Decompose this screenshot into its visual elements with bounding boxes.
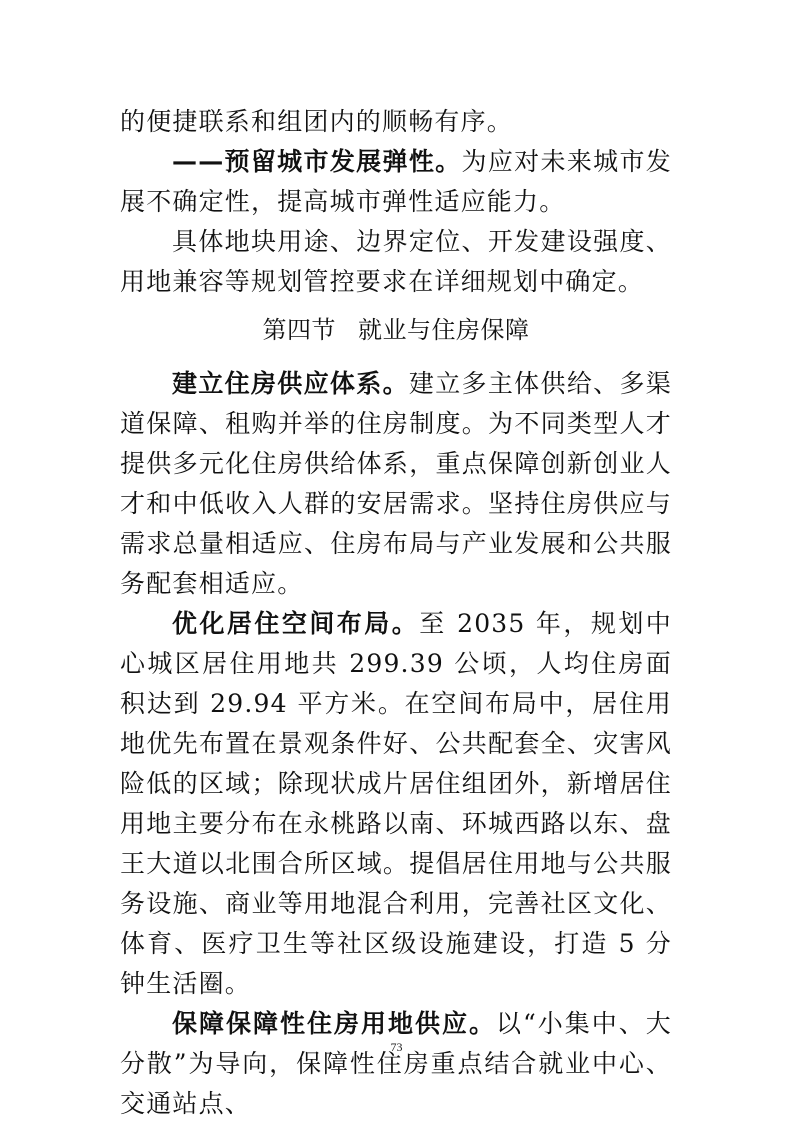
paragraph-body-housing-supply: 建立多主体供给、多渠道保障、租购并举的住房制度。为不同类型人才提供多元化住房供给… [120, 369, 672, 598]
section-number: 第四节 [263, 316, 337, 344]
paragraph-intro-continuation: 的便捷联系和组团内的顺畅有序。 [120, 102, 672, 142]
paragraph-detail-planning: 具体地块用途、边界定位、开发建设强度、用地兼容等规划管控要求在详细规划中确定。 [120, 222, 672, 302]
document-page: 的便捷联系和组团内的顺畅有序。 ——预留城市发展弹性。为应对未来城市发展不确定性… [120, 102, 672, 1122]
page-number: 73 [0, 1040, 793, 1055]
section-heading: 第四节就业与住房保障 [120, 310, 672, 350]
paragraph-resilience: ——预留城市发展弹性。为应对未来城市发展不确定性，提高城市弹性适应能力。 [120, 142, 672, 222]
paragraph-lead-residential-layout: 优化居住空间布局。 [172, 609, 419, 638]
paragraph-residential-layout: 优化居住空间布局。至 2035 年，规划中心城区居住用地共 299.39 公顷，… [120, 604, 672, 1004]
paragraph-lead-housing-supply: 建立住房供应体系。 [172, 369, 409, 398]
paragraph-lead-resilience: ——预留城市发展弹性。 [172, 147, 462, 176]
paragraph-affordable-housing: 保障保障性住房用地供应。以“小集中、大分散”为导向，保障性住房重点结合就业中心、… [120, 1004, 672, 1122]
paragraph-lead-affordable-housing: 保障保障性住房用地供应。 [172, 1009, 496, 1038]
paragraph-housing-supply: 建立住房供应体系。建立多主体供给、多渠道保障、租购并举的住房制度。为不同类型人才… [120, 364, 672, 604]
paragraph-body-residential-layout: 至 2035 年，规划中心城区居住用地共 299.39 公顷，人均住房面积达到 … [120, 609, 672, 998]
section-title: 就业与住房保障 [358, 316, 530, 344]
